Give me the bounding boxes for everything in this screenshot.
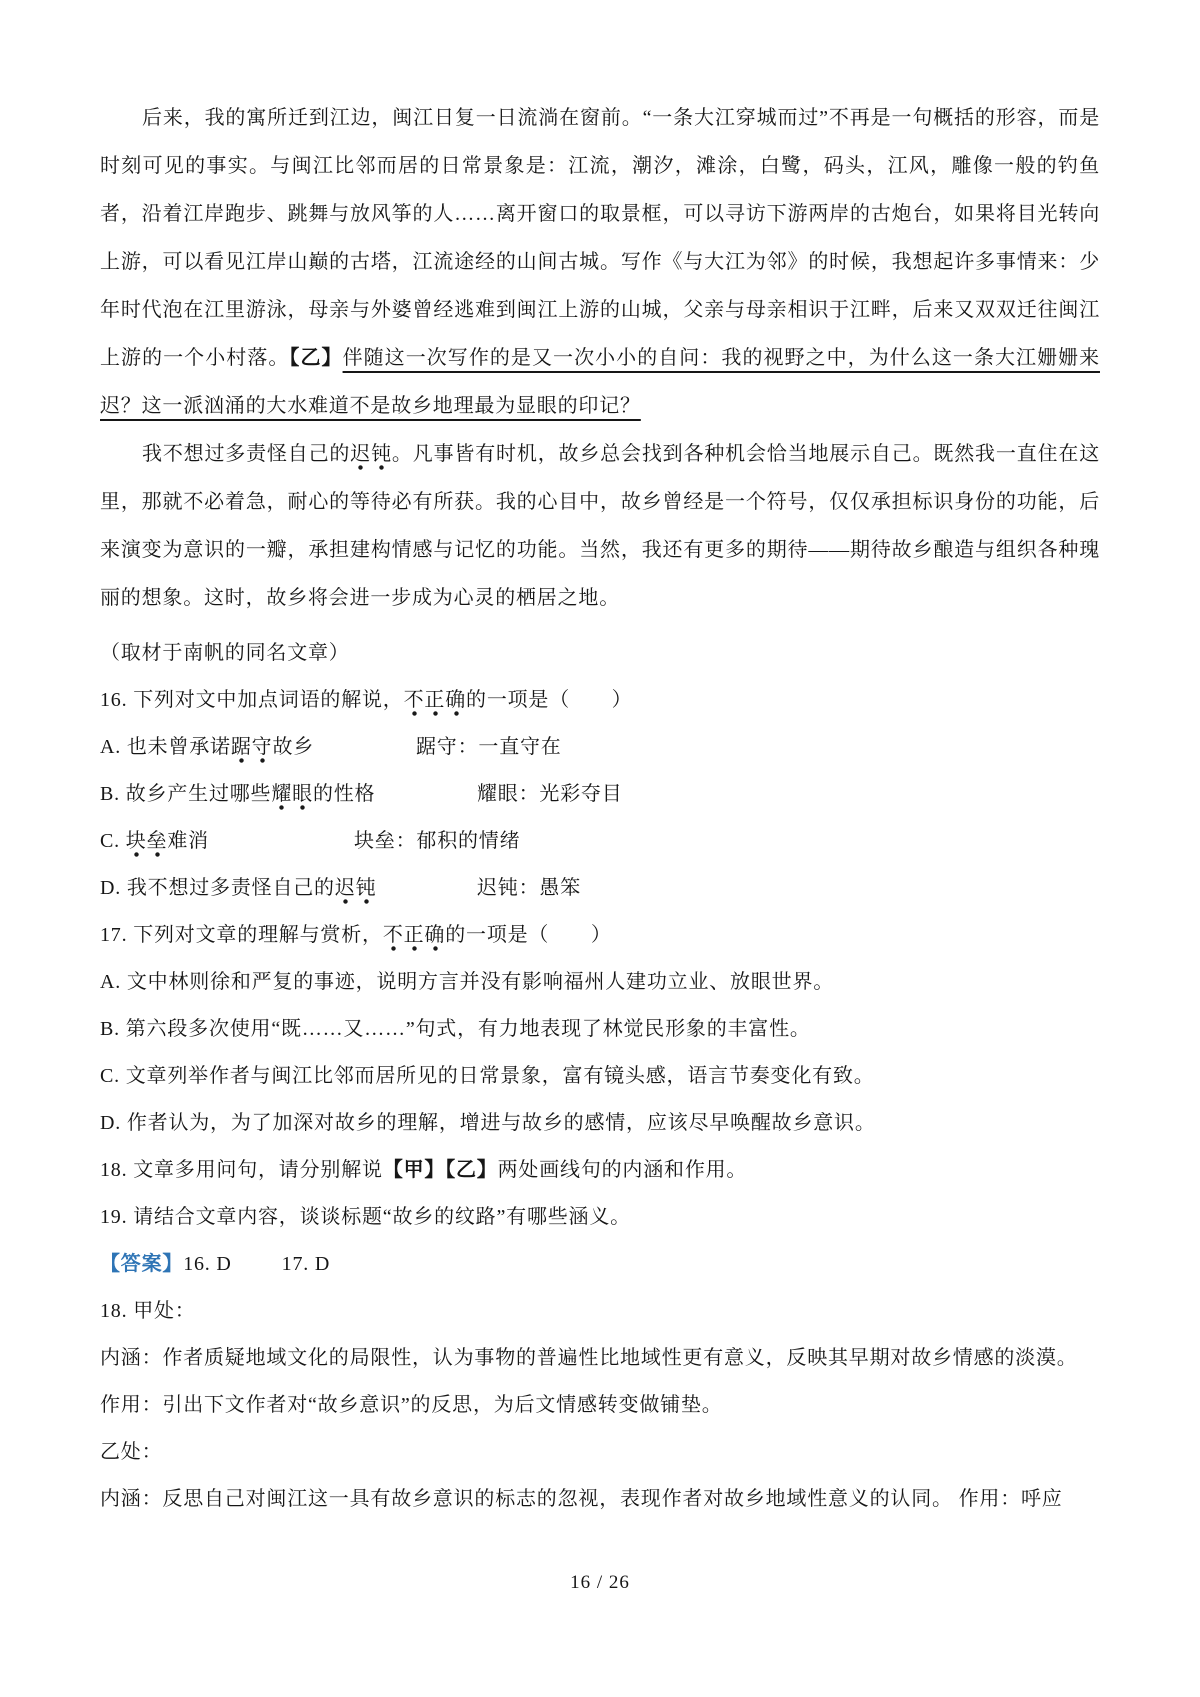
answer-18-yi-neihan: 内涵：反思自己对闽江这一具有故乡意识的标志的忽视，表现作者对故乡地域性意义的认同… (100, 1476, 1100, 1523)
q16-option-d-stem: D. 我不想过多责怪自己的迟钝 (100, 865, 477, 912)
question-16-option-b: B. 故乡产生过哪些耀眼的性格耀眼：光彩夺目 (100, 771, 1100, 818)
q16-stem-pre: 16. 下列对文中加点词语的解说， (100, 689, 404, 711)
q18-pre: 18. 文章多用问句，请分别解说 (100, 1159, 383, 1181)
q16-option-c-stem: C. 块垒难消 (100, 818, 354, 865)
q16-b-post: 的性格 (313, 783, 375, 805)
q16-option-a-explain: 踞守：一直守在 (416, 736, 562, 758)
question-16-option-a: A. 也未曾承诺踞守故乡踞守：一直守在 (100, 724, 1100, 771)
question-17-option-a: A. 文中林则徐和严复的事迹，说明方言并没有影响福州人建功立业、放眼世界。 (100, 959, 1100, 1006)
q16-option-a-stem: A. 也未曾承诺踞守故乡 (100, 724, 416, 771)
q16-d-emph: 迟钝 (335, 877, 377, 905)
answer-18-jia-zuoyong: 作用：引出下文作者对“故乡意识”的反思，为后文情感转变做铺垫。 (100, 1382, 1100, 1429)
answer-label: 【答案】 (100, 1253, 183, 1275)
answer-18-jia-neihan: 内涵：作者质疑地域文化的局限性，认为事物的普遍性比地域性更有意义，反映其早期对故… (100, 1335, 1100, 1382)
q16-c-pre: C. (100, 830, 126, 852)
q18-post: 两处画线句的内涵和作用。 (498, 1159, 748, 1181)
answer-16: 16. D (183, 1253, 231, 1275)
page-number: 16 / 26 (0, 1568, 1200, 1598)
q16-d-pre: D. 我不想过多责怪自己的 (100, 877, 335, 899)
document-page: 后来，我的寓所迁到江边，闽江日复一日流淌在窗前。“一条大江穿城而过”不再是一句概… (0, 0, 1200, 1697)
answer-17: 17. D (282, 1253, 330, 1275)
q16-stem-post: 的一项是（ ） (466, 689, 632, 711)
answer-key-line: 【答案】16. D17. D (100, 1241, 1100, 1288)
page-content: 后来，我的寓所迁到江边，闽江日复一日流淌在窗前。“一条大江穿城而过”不再是一句概… (100, 94, 1100, 1523)
q16-emphasized-word: 不正确 (404, 689, 466, 717)
question-19-stem: 19. 请结合文章内容，谈谈标题“故乡的纹路”有哪些涵义。 (100, 1194, 1100, 1241)
q16-option-d-explain: 迟钝：愚笨 (477, 877, 581, 899)
article-paragraph-1: 后来，我的寓所迁到江边，闽江日复一日流淌在窗前。“一条大江穿城而过”不再是一句概… (100, 94, 1100, 430)
question-17-option-d: D. 作者认为，为了加深对故乡的理解，增进与故乡的感情，应该尽早唤醒故乡意识。 (100, 1100, 1100, 1147)
source-attribution: （取材于南帆的同名文章） (100, 630, 1100, 677)
question-17-option-b: B. 第六段多次使用“既……又……”句式，有力地表现了林觉民形象的丰富性。 (100, 1006, 1100, 1053)
paragraph-1-text: 后来，我的寓所迁到江边，闽江日复一日流淌在窗前。“一条大江穿城而过”不再是一句概… (100, 107, 1100, 369)
q16-option-b-stem: B. 故乡产生过哪些耀眼的性格 (100, 771, 477, 818)
answer-18-yi-heading: 乙处： (100, 1429, 1100, 1476)
q17-emphasized-word: 不正确 (383, 924, 445, 952)
q16-option-b-explain: 耀眼：光彩夺目 (477, 783, 623, 805)
q16-b-pre: B. 故乡产生过哪些 (100, 783, 271, 805)
q17-stem-pre: 17. 下列对文章的理解与赏析， (100, 924, 383, 946)
question-18-stem: 18. 文章多用问句，请分别解说【甲】【乙】两处画线句的内涵和作用。 (100, 1147, 1100, 1194)
q16-a-pre: A. 也未曾承诺 (100, 736, 231, 758)
q16-a-post: 故乡 (272, 736, 314, 758)
marker-yi: 【乙】 (289, 347, 342, 369)
q16-option-c-explain: 块垒：郁积的情绪 (354, 830, 520, 852)
q16-a-emph: 踞守 (231, 736, 273, 764)
question-17-stem: 17. 下列对文章的理解与赏析，不正确的一项是（ ） (100, 912, 1100, 959)
q16-c-post: 难消 (167, 830, 209, 852)
answer-18-jia-heading: 18. 甲处： (100, 1288, 1100, 1335)
question-16-option-c: C. 块垒难消块垒：郁积的情绪 (100, 818, 1100, 865)
article-paragraph-2: 我不想过多责怪自己的迟钝。凡事皆有时机，故乡总会找到各种机会恰当地展示自己。既然… (100, 430, 1100, 622)
q18-markers-jia-yi: 【甲】【乙】 (383, 1159, 498, 1181)
emphasized-word-chidun: 迟钝 (350, 443, 392, 471)
paragraph-2-pre: 我不想过多责怪自己的 (142, 443, 350, 465)
q16-c-emph: 块垒 (126, 830, 168, 858)
question-16-stem: 16. 下列对文中加点词语的解说，不正确的一项是（ ） (100, 677, 1100, 724)
question-16-option-d: D. 我不想过多责怪自己的迟钝迟钝：愚笨 (100, 865, 1100, 912)
q17-stem-post: 的一项是（ ） (445, 924, 611, 946)
q16-b-emph: 耀眼 (271, 783, 313, 811)
question-17-option-c: C. 文章列举作者与闽江比邻而居所见的日常景象，富有镜头感，语言节奏变化有致。 (100, 1053, 1100, 1100)
paragraph-2-post: 。凡事皆有时机，故乡总会找到各种机会恰当地展示自己。既然我一直住在这里，那就不必… (100, 443, 1100, 609)
